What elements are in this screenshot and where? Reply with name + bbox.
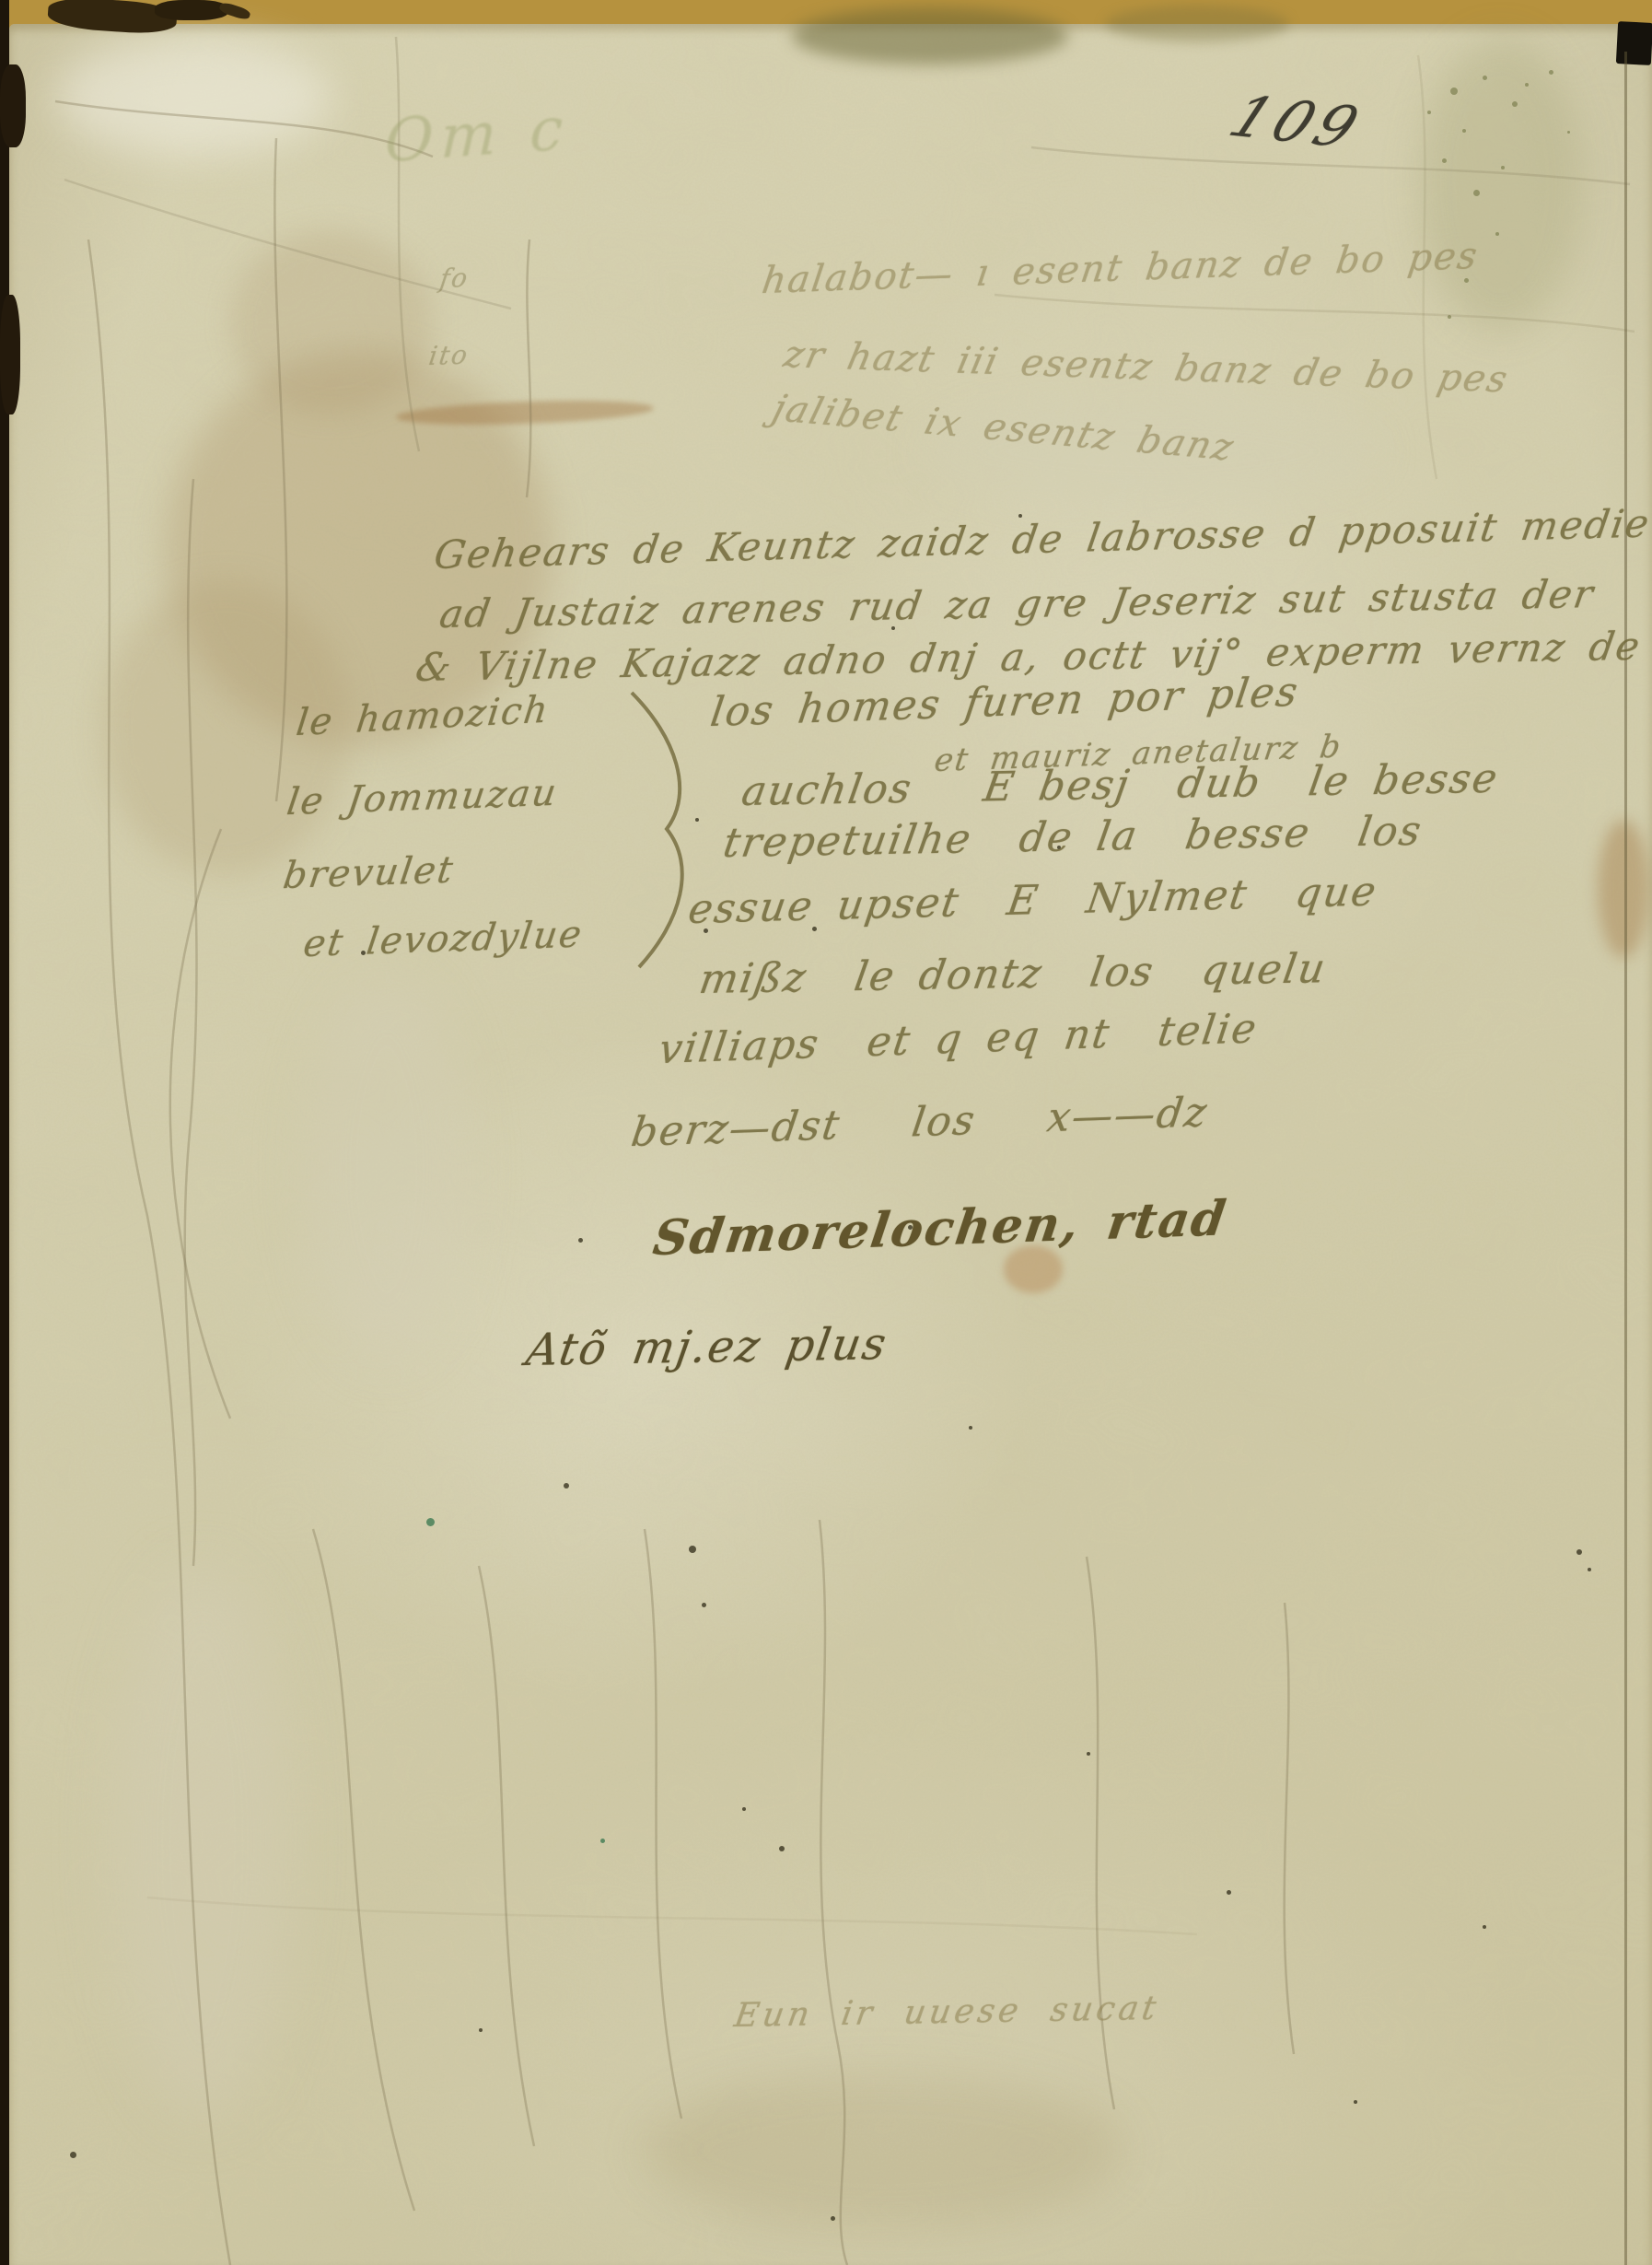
mould-speck <box>1501 166 1505 169</box>
stain <box>792 7 1068 64</box>
worm-hole <box>702 1603 706 1607</box>
binding-debris <box>218 1 251 21</box>
mould-speck <box>1442 158 1447 163</box>
marginal-annotation: Atõ mj.ez plus <box>523 1318 891 1376</box>
stain <box>230 230 433 414</box>
worm-hole <box>1087 1752 1090 1756</box>
mould-speck <box>1448 315 1451 319</box>
worm-hole <box>479 2028 483 2032</box>
mould-speck <box>1464 278 1469 283</box>
worm-hole <box>578 1238 583 1243</box>
mould-speck <box>1483 76 1487 80</box>
stain <box>1418 37 1584 332</box>
cover-corner-shadow <box>1616 21 1652 65</box>
worm-hole <box>689 1546 696 1553</box>
worm-hole <box>1588 1568 1591 1571</box>
manuscript-photo: 109 Om c fo ito halabot— ı esent banz de… <box>0 0 1652 2265</box>
header-margin-mark-1: fo <box>438 263 471 294</box>
worm-hole <box>831 2216 835 2221</box>
stain <box>304 976 470 1363</box>
worm-hole <box>969 1426 972 1430</box>
mould-speck <box>1462 129 1466 133</box>
worm-hole <box>779 1846 785 1851</box>
footer-note: Eun ir uuese sucat <box>732 1990 1162 2035</box>
header-margin-mark-2: ito <box>427 339 471 371</box>
mould-speck <box>1525 83 1529 87</box>
binding-debris <box>155 0 228 20</box>
worm-hole <box>1227 1890 1231 1895</box>
page-edge-line <box>1624 52 1627 2265</box>
stain <box>1105 6 1289 42</box>
worm-hole <box>1576 1549 1582 1555</box>
stain <box>645 2072 1123 2229</box>
mould-speck <box>1427 111 1431 114</box>
worm-hole <box>695 818 699 822</box>
stain <box>1598 820 1649 958</box>
stain <box>55 37 332 157</box>
worm-hole <box>742 1807 746 1811</box>
mould-speck <box>1450 88 1458 95</box>
green-mould-spot <box>600 1839 605 1843</box>
faded-ownership-mark: Om c <box>384 95 571 176</box>
binding-debris <box>0 295 20 414</box>
mould-speck <box>1512 101 1518 107</box>
worm-hole <box>1483 1925 1486 1929</box>
green-mould-spot <box>426 1518 435 1526</box>
mould-speck <box>1473 190 1480 196</box>
mould-speck <box>1567 131 1570 134</box>
mould-speck <box>1495 232 1499 236</box>
worm-hole <box>564 1483 569 1489</box>
margin-name-3: brevulet <box>281 848 458 897</box>
worm-hole <box>70 2152 76 2158</box>
stain <box>111 1566 295 2119</box>
worm-hole <box>1354 2100 1357 2104</box>
mould-speck <box>1549 70 1553 75</box>
binding-debris <box>0 64 26 147</box>
